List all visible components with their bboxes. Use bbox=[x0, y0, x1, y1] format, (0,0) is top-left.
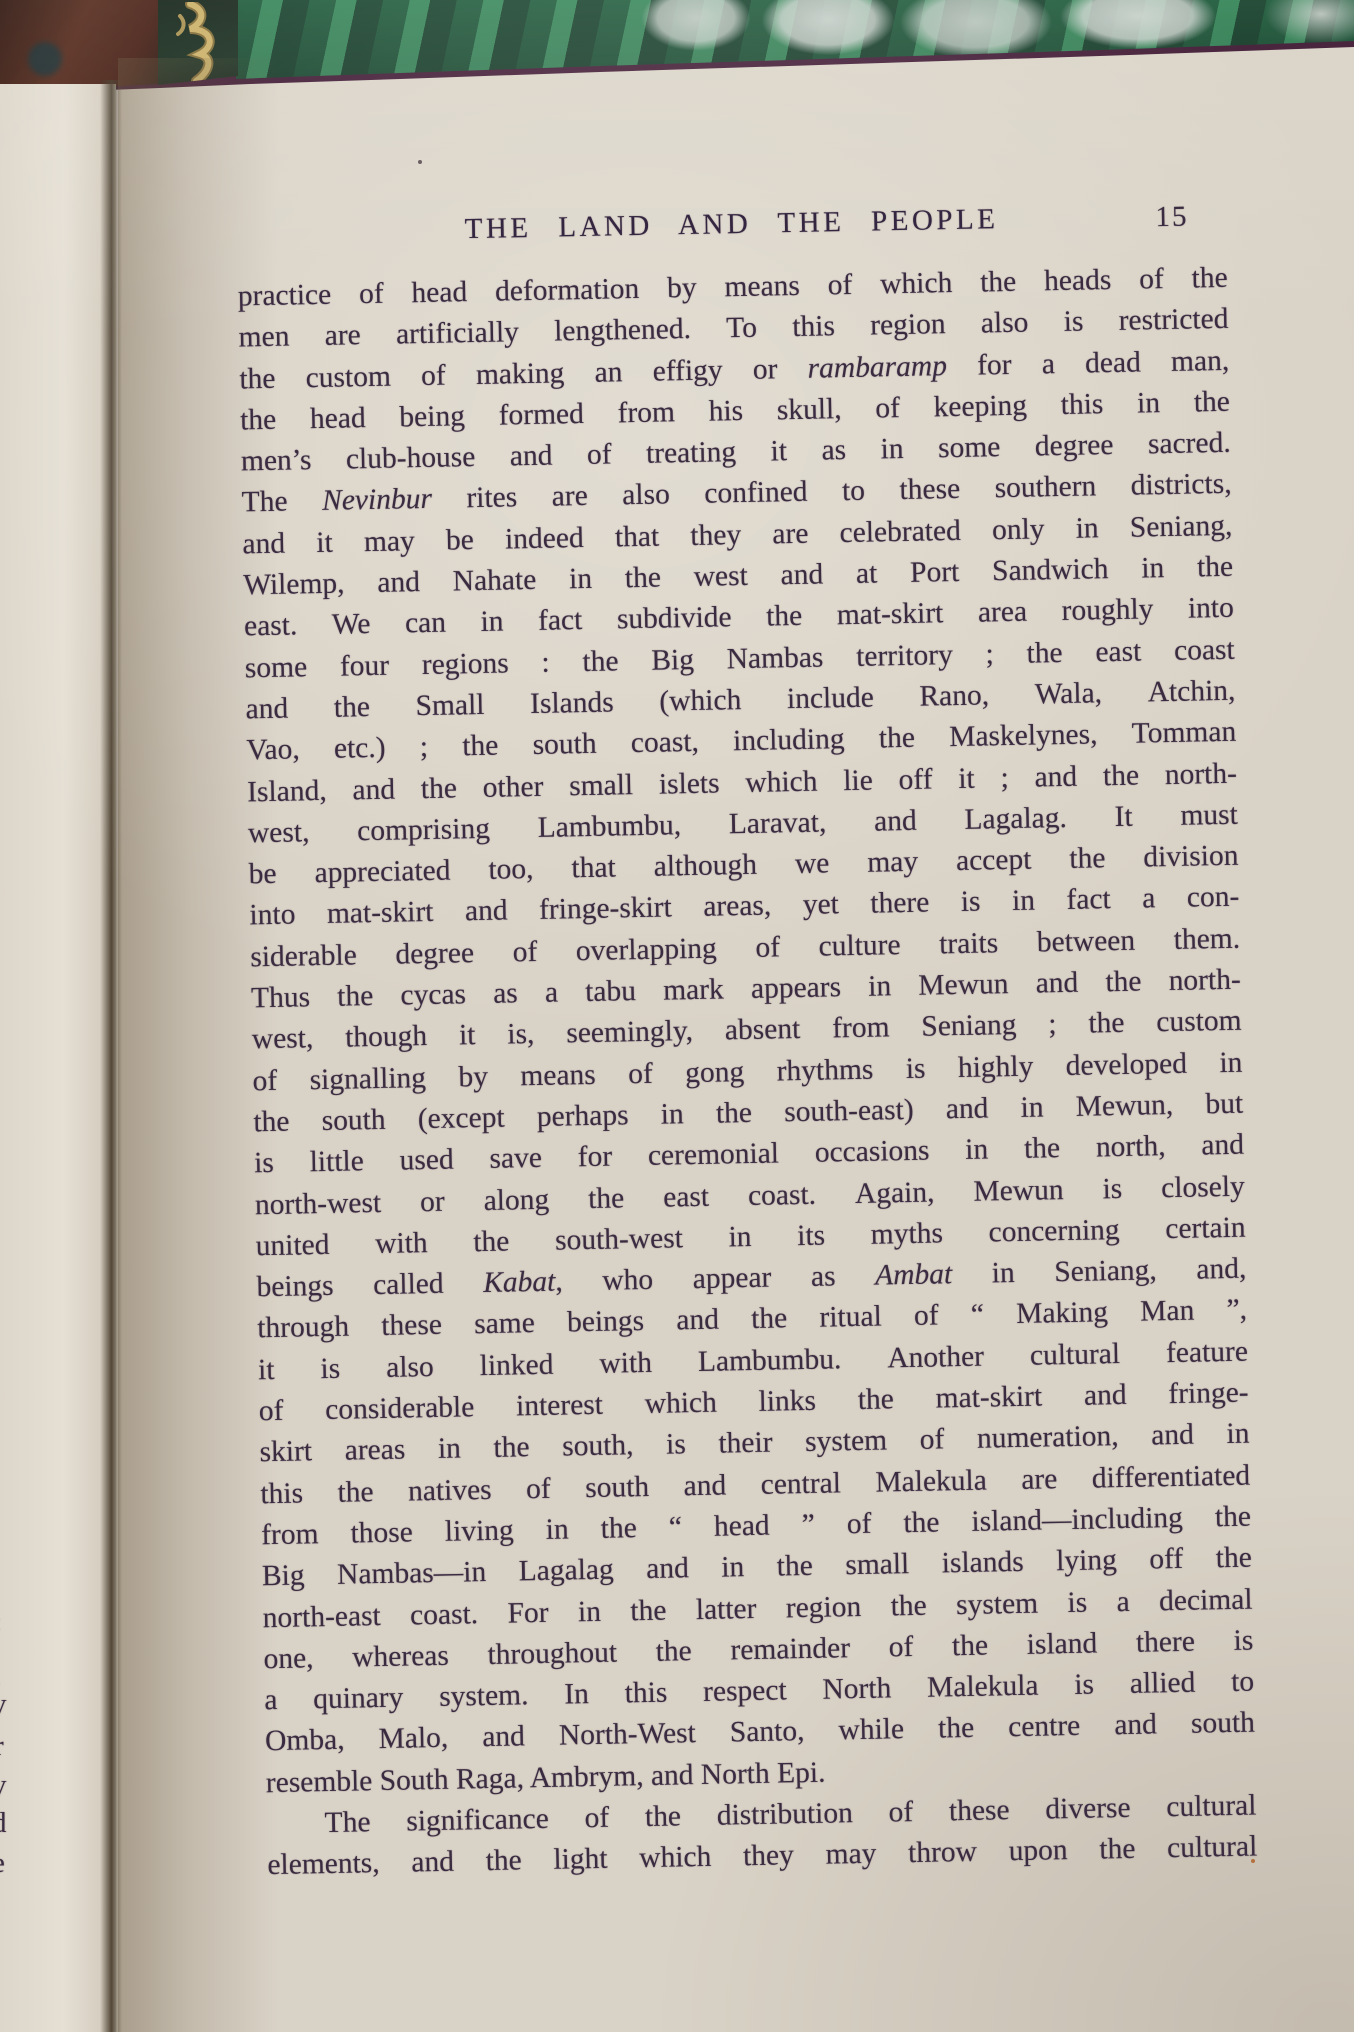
edge-fragment: r bbox=[0, 1730, 4, 1763]
shadow-patch bbox=[28, 42, 62, 76]
edge-fragment: : bbox=[0, 1606, 2, 1639]
edge-fragment: y bbox=[0, 1769, 7, 1802]
edge-fragment: y bbox=[0, 1688, 7, 1721]
book-photo: :,yryde THE LAND AND THE PEOPLE 15 pract… bbox=[0, 0, 1354, 2032]
edge-fragment: e bbox=[0, 1847, 5, 1880]
left-page-edge bbox=[0, 84, 116, 2032]
dust-speck bbox=[418, 160, 422, 164]
edge-fragment: d bbox=[0, 1807, 7, 1840]
running-title: THE LAND AND THE PEOPLE bbox=[236, 199, 1226, 251]
body-lines: practice of head deformation by means of… bbox=[237, 258, 1257, 1887]
page-text-block: THE LAND AND THE PEOPLE 15 practice of h… bbox=[236, 199, 1257, 1887]
page-number: 15 bbox=[1155, 201, 1189, 235]
page-header: THE LAND AND THE PEOPLE 15 bbox=[236, 199, 1227, 262]
